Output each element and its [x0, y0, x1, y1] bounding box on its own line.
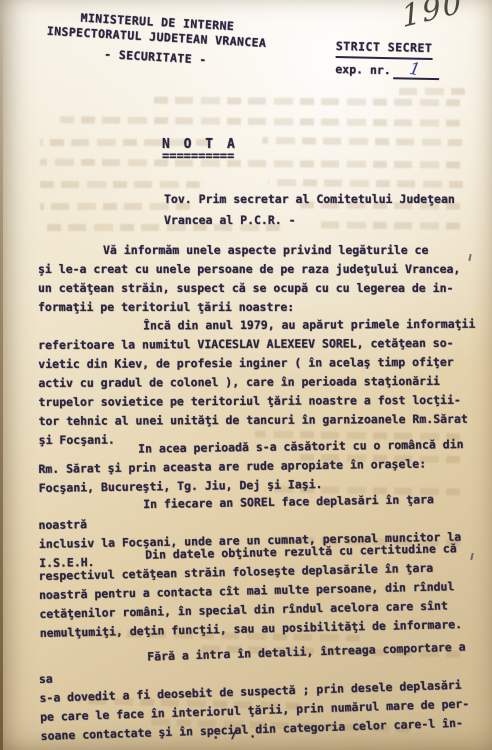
- continuation-mark: . / .: [212, 726, 258, 741]
- bleedthrough-line: [40, 159, 460, 169]
- bleedthrough-line: [395, 88, 465, 95]
- text-line: şi le-a creat cu unele persoane de pe ra…: [38, 260, 482, 279]
- text-line: referitoare la numitul VIACESLAV ALEXEEV…: [38, 334, 482, 355]
- page-left-edge-shadow: [0, 0, 3, 750]
- handwritten-page-number: 190: [400, 0, 465, 35]
- text-line: tor tehnic al unei unităţi de tancuri în…: [38, 410, 482, 431]
- text-line: vietic din Kiev, de profesie inginer ( î…: [38, 353, 482, 374]
- bleedthrough-line: [262, 137, 462, 146]
- title-underline: ==========: [162, 149, 238, 163]
- addressee-line: Vrancea al P.C.R. -: [164, 210, 455, 231]
- text-line: un cetăţean străin, suspect că se ocupă …: [38, 279, 482, 298]
- text-line: trupelor sovietice pe teritoriul ţării n…: [38, 391, 482, 412]
- letterhead: MINISTERUL DE INTERNE INSPECTORATUL JUDE…: [31, 8, 281, 72]
- paragraph-conclusion: Fără a intra în detalii, întreaga compor…: [38, 637, 485, 746]
- paragraph-marriage: In acea perioadă s-a căsătorit cu o româ…: [38, 435, 483, 498]
- document-page: 190 MINISTERUL DE INTERNE INSPECTORATUL …: [0, 0, 492, 750]
- classification-stamp: STRICT SECRET: [336, 37, 433, 60]
- copy-number-row: exp. nr.1: [335, 60, 440, 80]
- classification-block: STRICT SECRET exp. nr.1: [335, 37, 440, 80]
- addressee-block: Tov. Prim secretar al Comitetului Judeţe…: [164, 189, 455, 231]
- text-line: activ cu gradul de colonel ), care în pe…: [38, 372, 482, 393]
- handwritten-copy-number: 1: [408, 60, 422, 80]
- paragraph-intro: Vă informăm unele aspecte privind legătu…: [38, 241, 482, 317]
- bleedthrough-line: [150, 97, 460, 107]
- copy-number-line: 1: [394, 63, 440, 80]
- bleedthrough-line: [60, 116, 460, 126]
- addressee-line: Tov. Prim secretar al Comitetului Judeţe…: [164, 189, 455, 210]
- paragraph-sorel-background: Încă din anul 1979, au apărut primele in…: [38, 315, 483, 450]
- text-line: Vă informăm unele aspecte privind legătu…: [38, 241, 482, 260]
- text-line: Încă din anul 1979, au apărut primele in…: [38, 315, 482, 336]
- paragraph-findings: Din datele obţinute rezultă cu certitudi…: [38, 539, 484, 643]
- title-block: N O T A ==========: [162, 137, 238, 163]
- bleedthrough-line: [40, 181, 200, 188]
- bleedthrough-line: [268, 179, 463, 188]
- copy-number-label: exp. nr.: [335, 62, 391, 77]
